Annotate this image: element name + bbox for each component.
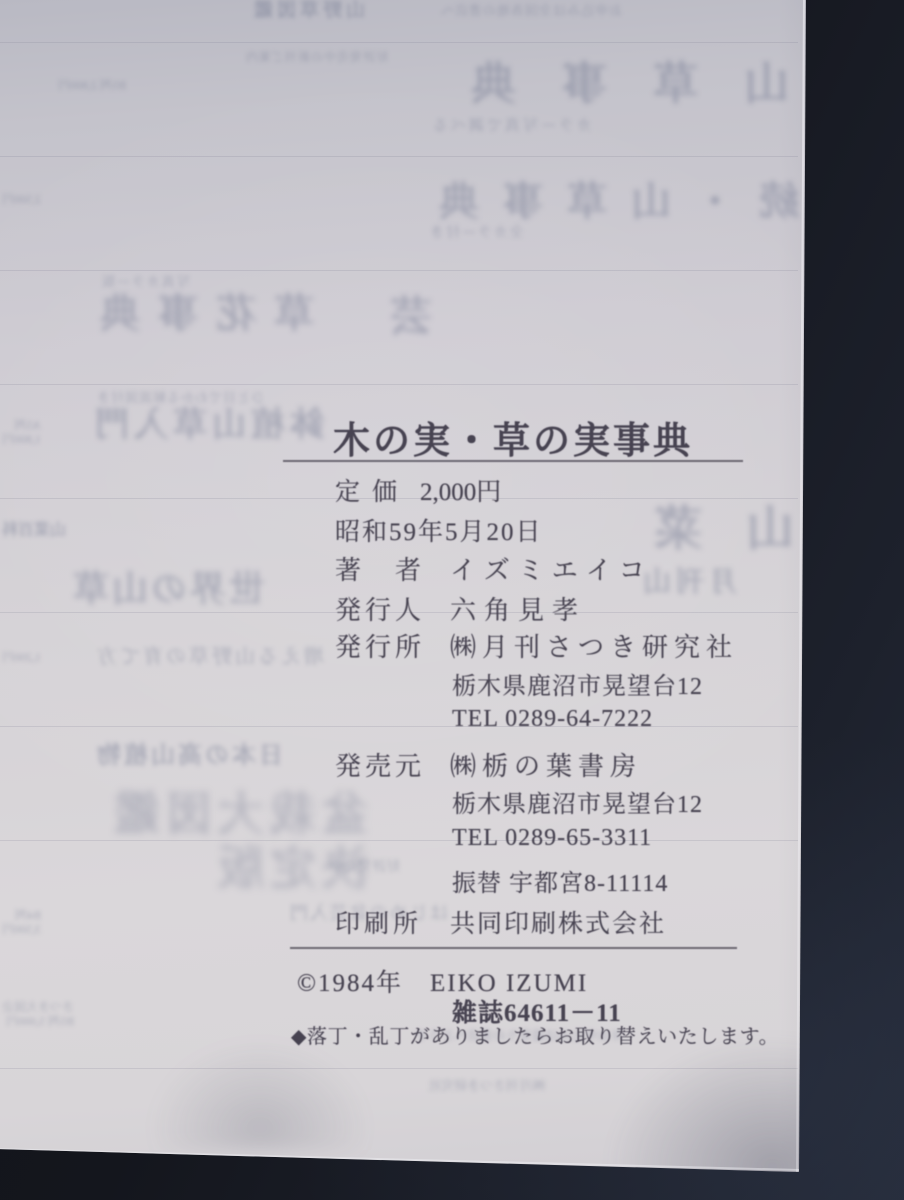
colophon-label: 発行所	[335, 627, 450, 664]
colophon-row-tel: TEL 0289-65-3311	[452, 825, 652, 852]
title-divider	[283, 460, 743, 462]
colophon-value: ㈱栃の葉書房	[450, 752, 642, 781]
colophon-value: 昭和59年5月20日	[335, 519, 543, 546]
colophon-row-author: 著 者イズミエイコ	[335, 550, 653, 587]
colophon-value: 2,000円	[420, 479, 501, 506]
colophon-label: 発行人	[335, 590, 450, 627]
colophon-value: イズミエイコ	[450, 556, 653, 585]
book-colophon-page: 山野草図鑑 お申込みは全国各地の書店へ 好評発売中の新刊ご案内 山草事典 カラー…	[0, 0, 904, 1200]
colophon-row-date: 昭和59年5月20日	[335, 512, 543, 548]
colophon-row-tel: TEL 0289-64-7222	[452, 706, 653, 733]
colophon-label: 発売元	[335, 746, 450, 783]
colophon-row-printer: 印刷所共同印刷株式会社	[335, 904, 666, 940]
colophon-value: 栃木県鹿沼市晃望台12	[452, 792, 703, 818]
colophon-row-address: 栃木県鹿沼市晃望台12	[452, 784, 703, 819]
colophon-label: 定価	[335, 472, 420, 508]
colophon-value: 振替 宇都宮8-11114	[452, 871, 668, 897]
colophon-value: TEL 0289-64-7222	[452, 706, 653, 732]
colophon-row-price: 定価2,000円	[335, 472, 501, 508]
book-title: 木の実・草の実事典	[333, 410, 693, 464]
colophon-value: ㈱月刊さつき研究社	[450, 633, 738, 662]
colophon-value: 栃木県鹿沼市晃望台12	[452, 674, 703, 700]
colophon-row-publisher-person: 発行人六角見孝	[335, 590, 586, 627]
colophon-row-address: 栃木県鹿沼市晃望台12	[452, 666, 703, 701]
colophon-row-postal-transfer: 振替 宇都宮8-11114	[452, 863, 668, 898]
colophon-block: 木の実・草の実事典 定価2,000円 昭和59年5月20日 著 者イズミエイコ …	[0, 0, 904, 1200]
colophon-row-distributor: 発売元㈱栃の葉書房	[335, 746, 642, 783]
colophon-row-publisher: 発行所㈱月刊さつき研究社	[335, 627, 738, 664]
colophon-value: 六角見孝	[450, 596, 586, 625]
colophon-label: 著 者	[335, 550, 450, 587]
photo-background: 山野草図鑑 お申込みは全国各地の書店へ 好評発売中の新刊ご案内 山草事典 カラー…	[0, 0, 904, 1200]
footer-divider	[290, 947, 737, 949]
colophon-value: 共同印刷株式会社	[450, 911, 666, 938]
colophon-value: TEL 0289-65-3311	[452, 825, 652, 851]
colophon-label: 印刷所	[335, 904, 450, 940]
page-shadow-smudge	[150, 1040, 370, 1150]
